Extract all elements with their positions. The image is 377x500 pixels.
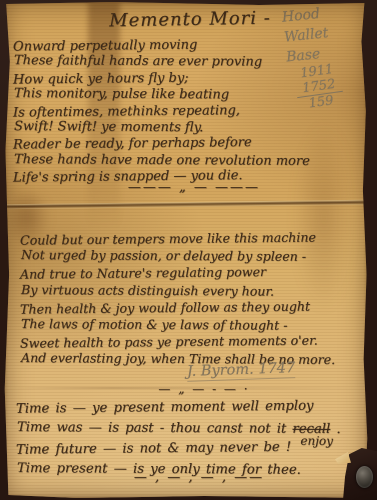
section-divider: — „ — - — · xyxy=(94,382,314,396)
line-prefix: Time was — is past - thou canst not it xyxy=(17,420,293,437)
screw-head xyxy=(356,466,373,488)
stanza-3: Time is — ye present moment well employ … xyxy=(16,398,340,480)
poem-line: And true to Nature's regulating power xyxy=(20,263,334,283)
page-title: Memento Mori - xyxy=(90,7,290,31)
poem-line: This monitory, pulse like beating xyxy=(14,86,310,104)
author-signature: J. Byrom. 1747 xyxy=(187,360,296,382)
poem-line: Time is — ye present moment well employ xyxy=(16,396,340,420)
section-divider: — , — , — , —— xyxy=(84,470,314,485)
section-divider: ——— „ — ——— xyxy=(74,180,314,195)
poem-line-with-correction: Time was — is past - thou canst not it r… xyxy=(17,418,341,440)
poem-line: Time future — is not & may never be ! xyxy=(16,437,340,461)
manuscript-paper: Memento Mori - Hood Wallet Base 1911 175… xyxy=(4,2,368,498)
stanza-2: Could but our tempers move like this mac… xyxy=(20,230,334,368)
stanza-1: Onward perpetually moving These faithful… xyxy=(13,38,309,186)
